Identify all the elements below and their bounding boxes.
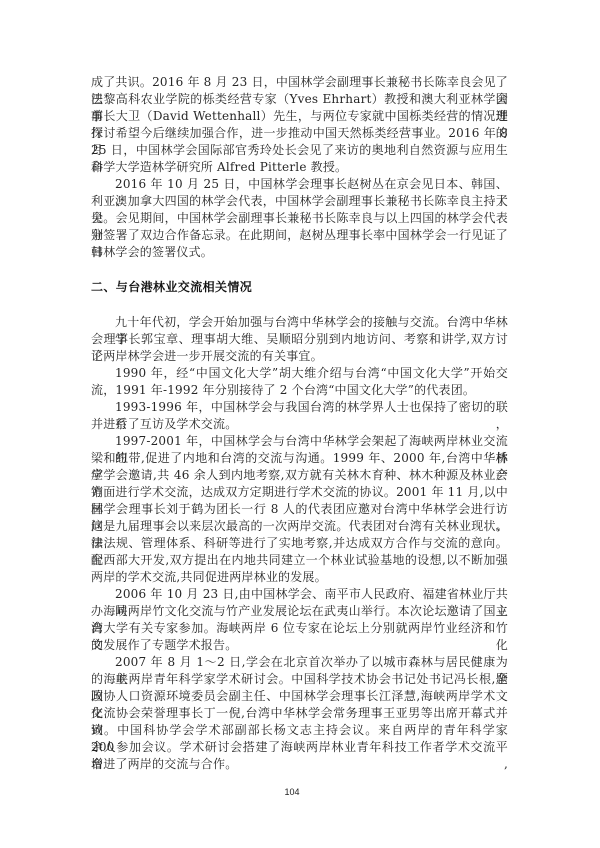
text-line: 了两岸林学会进一步开展交流的有关事宜。 (91, 348, 508, 365)
text-line: 探讨希望今后继续加强合作，进一步推动中国天然栎类经营事业。2016 年 8 月 (91, 125, 508, 142)
text-line: 会理事长郭宝章、理事胡大维、吴顺昭分别到内地访问、考察和讲学,双方讨论 (91, 331, 508, 348)
text-line: 成了共识。2016 年 8 月 23 日，中国林学会副理事长兼秘书长陈幸良会见了… (91, 74, 508, 91)
text-line: 词。中国科协学会学术部副部长杨文志主持会议。来自两岸的青年科学家 200 (91, 722, 508, 739)
text-line: 2016 年 10 月 25 日，中国林学会理事长赵树丛在京会见日本、韩国、澳大 (91, 176, 508, 193)
paragraph-1990s-early: 九十年代初，学会开始加强与台湾中华林学会的接触与交流。台湾中华林学 会理事长郭宝… (91, 314, 508, 365)
text-line: 2006 年 10 月 23 日,由中国林学会、南平市人民政府、福建省林业厅共同… (91, 586, 508, 603)
text-line: 的海峡两岸青年科学家学术研讨会。中国科学技术协会书记处书记冯长根,全国 (91, 671, 508, 688)
paragraph-2006: 2006 年 10 月 23 日,由中国林学会、南平市人民政府、福建省林业厅共同… (91, 586, 508, 654)
text-line: 科学大学造林学研究所 Alfred Pitterle 教授。 (91, 159, 508, 176)
body-text-bottom: 九十年代初，学会开始加强与台湾中华林学会的接触与交流。台湾中华林学 会理事长郭宝… (91, 314, 508, 773)
paragraph-1993-1996: 1993-1996 年，中国林学会与我国台湾的林学界人士也保持了密切的联系， 并… (91, 399, 508, 433)
text-line: 办海峡两岸竹文化交流与竹产业发展论坛在武夷山举行。本次论坛邀请了国立台 (91, 603, 508, 620)
text-line: 应学会邀请,共 46 余人到内地考察,双方就有关林木育种、林木种源及林业产销 (91, 467, 508, 484)
paragraph-1990: 1990 年，经“中国文化大学”胡大维介绍与台湾“中国文化大学”开始交 流，19… (91, 365, 508, 399)
text-line: 交流协会荣誉理事长丁一倪,台湾中华林学会常务理事王亚男等出席开幕式并致 (91, 705, 508, 722)
text-line: 1993-1996 年，中国林学会与我国台湾的林学界人士也保持了密切的联系， (91, 399, 508, 416)
text-line: 政协人口资源环境委员会副主任、中国林学会理事长江泽慧,海峡两岸学术文化 (91, 688, 508, 705)
section-heading: 二、与台港林业交流相关情况 (91, 279, 252, 296)
body-text-top: 成了共识。2016 年 8 月 23 日，中国林学会副理事长兼秘书长陈幸良会见了… (91, 74, 508, 261)
text-line: 林学会理事长刘于鹤为团长一行 8 人的代表团应邀对台湾中华林学会进行访问。 (91, 501, 508, 518)
text-line: 湾大学有关专家参加。海峡两岸 6 位专家在论坛上分别就两岸竹业经济和竹文化 (91, 620, 508, 637)
text-line: 1997-2001 年，中国林学会与台湾中华林学会架起了海峡两岸林业交流的桥 (91, 433, 508, 450)
text-line: 1990 年，经“中国文化大学”胡大维介绍与台湾“中国文化大学”开始交 (91, 365, 508, 382)
text-line: 见。会见期间，中国林学会副理事长兼秘书长陈幸良与以上四国的林学会代表分 (91, 210, 508, 227)
text-line: 两岸的学术交流,共同促进两岸林业的发展。 (91, 569, 508, 586)
text-line: 巴黎高科农业学院的栎类经营专家（Yves Ehrhart）教授和澳大利亚林学会前… (91, 91, 508, 108)
text-line: 余人参加会议。学术研讨会搭建了海峡两岸林业青年科技工作者学术交流平台, (91, 739, 508, 756)
text-line: 梁和纽带,促进了内地和台湾的交流与沟通。1999 年、2000 年,台湾中华林学… (91, 450, 508, 467)
text-line: 方面进行学术交流，达成双方定期进行学术交流的协议。2001 年 11 月,以中国 (91, 484, 508, 501)
page-number: 104 (272, 786, 312, 798)
text-line: 事长大卫（David Wettenhall）先生，与两位专家就中国栎类经营的情况… (91, 108, 508, 125)
text-line: 利亚、加拿大四国的林学会代表，中国林学会副理事长兼秘书长陈幸良主持了会 (91, 193, 508, 210)
text-line: 这是九届理事会以来层次最高的一次两岸交流。代表团对台湾有关林业现状、法 (91, 518, 508, 535)
text-line: 别签署了双边合作备忘录。在此期间，赵树丛理事长率中国林学会一行见证了日 (91, 227, 508, 244)
text-line: 九十年代初，学会开始加强与台湾中华林学会的接触与交流。台湾中华林学 (91, 314, 508, 331)
text-line: 2007 年 8 月 1～2 日,学会在北京首次举办了以城市森林与居民健康为主题 (91, 654, 508, 671)
document-page: 成了共识。2016 年 8 月 23 日，中国林学会副理事长兼秘书长陈幸良会见了… (0, 0, 600, 848)
text-line: 流，1991 年-1992 年分别接待了 2 个台湾“中国文化大学”的代表团。 (91, 382, 508, 399)
paragraph-continuation: 成了共识。2016 年 8 月 23 日，中国林学会副理事长兼秘书长陈幸良会见了… (91, 74, 508, 176)
paragraph-2016-oct-meeting: 2016 年 10 月 25 日，中国林学会理事长赵树丛在京会见日本、韩国、澳大… (91, 176, 508, 261)
text-line: 25 日，中国林学会国际部官秀玲处长会见了来访的奥地利自然资源与应用生命 (91, 142, 508, 159)
text-line: 韩林学会的签署仪式。 (91, 244, 508, 261)
text-line: 律法规、管理体系、科研等进行了实地考察,并达成双方合作与交流的意向。配 (91, 535, 508, 552)
paragraph-1997-2001: 1997-2001 年，中国林学会与台湾中华林学会架起了海峡两岸林业交流的桥 梁… (91, 433, 508, 586)
text-line: 合西部大开发,双方提出在内地共同建立一个林业试验基地的设想,以不断加强 (91, 552, 508, 569)
paragraph-2007: 2007 年 8 月 1～2 日,学会在北京首次举办了以城市森林与居民健康为主题… (91, 654, 508, 773)
